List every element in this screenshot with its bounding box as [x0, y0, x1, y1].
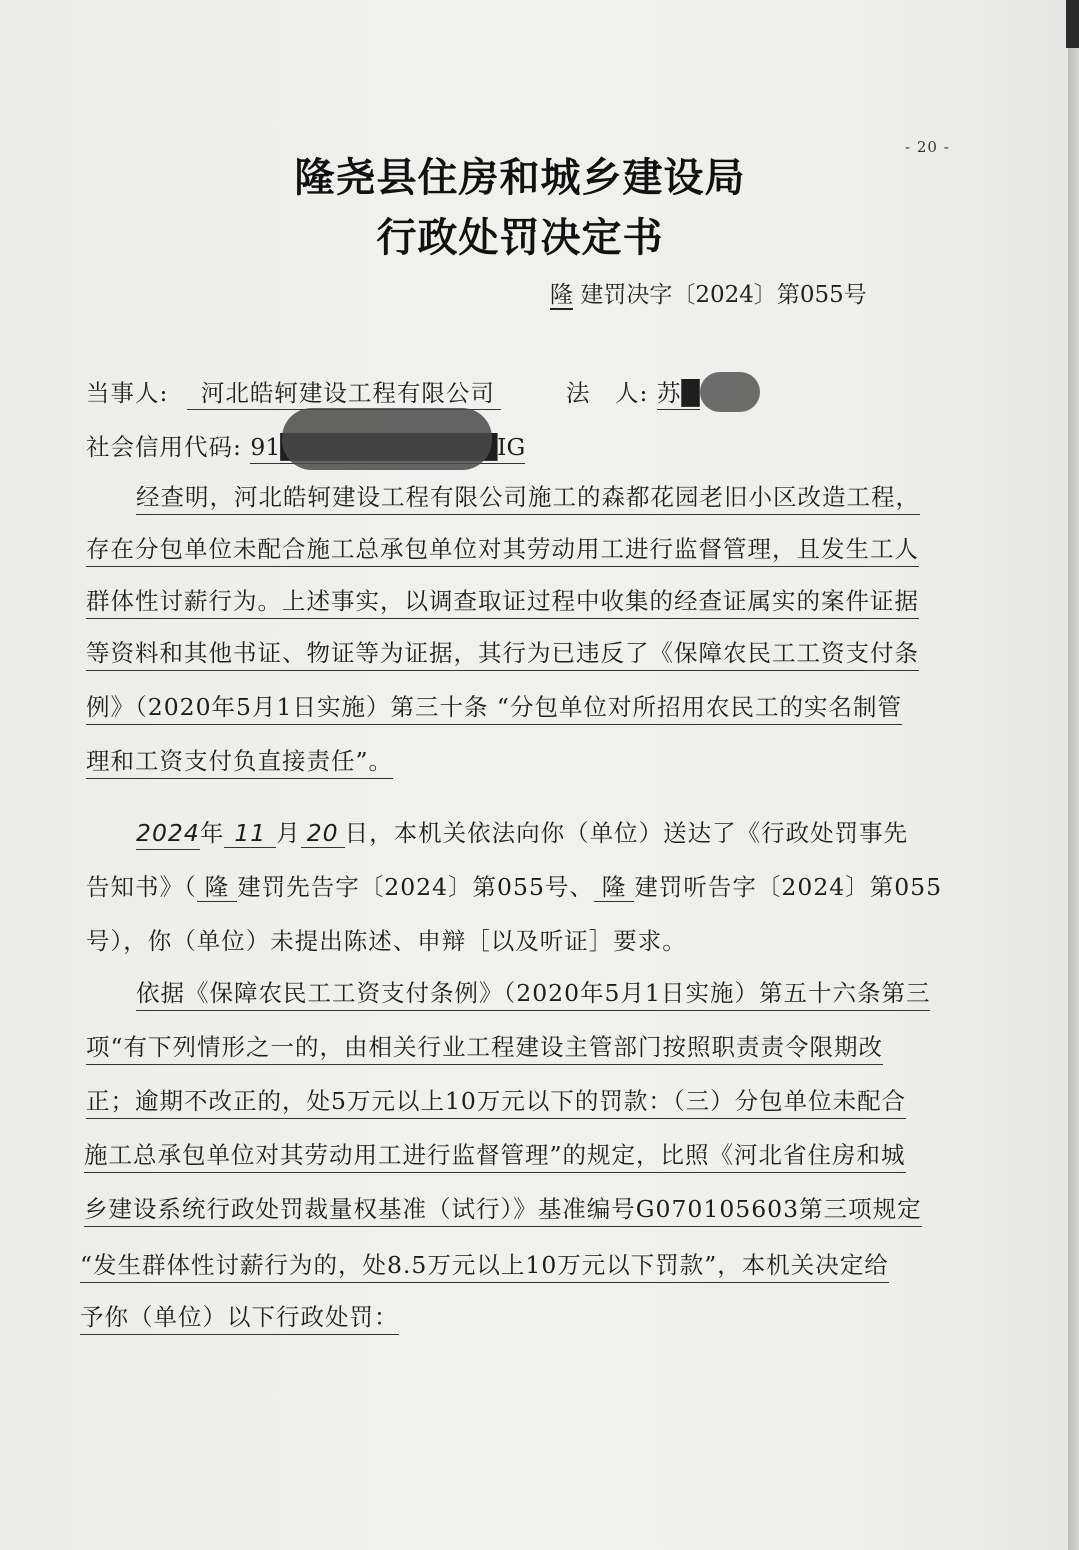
notice-text: 建罚先告字〔2024〕第055号、 [237, 873, 594, 901]
credit-code-label: 社会信用代码: [86, 433, 242, 461]
document-title-type: 行政处罚决定书 [0, 206, 1040, 263]
facts-line-5: 例》（2020年5月1日实施）第三十条 “分包单位对所招用农民工的实名制管 [86, 688, 902, 725]
basis-line-6: “发生群体性讨薪行为的，处8.5万元以上10万元以下罚款”，本机关决定给 [80, 1246, 889, 1283]
legal-rep-row: 法 人: 苏█ [566, 374, 700, 408]
doc-number-prefix: 隆 [550, 282, 573, 308]
party-row: 当事人: 河北皓轲建设工程有限公司 [86, 374, 501, 408]
notice-text: 告知书》（ [86, 873, 197, 901]
notice-line-1: 2024年11月20日，本机关依法向你（单位）送达了《行政处罚事先 [136, 814, 908, 848]
facts-line-3: 群体性讨薪行为。上述事实，以调查取证过程中收集的经查证属实的案件证据 [86, 582, 919, 619]
facts-line-2: 存在分包单位未配合施工总承包单位对其劳动用工进行监督管理，且发生工人 [86, 530, 919, 567]
basis-line-7: 予你（单位）以下行政处罚： [80, 1298, 399, 1335]
facts-line-1: 经查明，河北皓轲建设工程有限公司施工的森都花园老旧小区改造工程， [136, 478, 920, 515]
party-name: 河北皓轲建设工程有限公司 [187, 379, 501, 410]
notice-line-3: 号），你（单位）未提出陈述、申辩［以及听证］要求。 [86, 922, 687, 956]
notice-prefix-2: 隆 [594, 873, 635, 902]
document-title-agency: 隆尧县住房和城乡建设局 [0, 146, 1040, 203]
party-label: 当事人: [86, 379, 168, 407]
basis-line-2: 项“有下列情形之一的，由相关行业工程建设主管部门按照职责责令限期改 [86, 1028, 883, 1065]
notice-text: 建罚听告字〔2024〕第055 [634, 873, 942, 901]
notice-line1-rest: 日，本机关依法向你（单位）送达了《行政处罚事先 [345, 819, 909, 847]
notice-prefix-1: 隆 [197, 873, 238, 902]
notice-day: 20 [301, 819, 345, 848]
redaction-mark [700, 372, 760, 412]
page-edge [1068, 0, 1079, 1550]
basis-line-4: 施工总承包单位对其劳动用工进行监督管理”的规定，比照《河北省住房和城 [84, 1136, 906, 1173]
notice-line-2: 告知书》（隆建罚先告字〔2024〕第055号、隆建罚听告字〔2024〕第055 [86, 868, 942, 902]
basis-line-5: 乡建设系统行政处罚裁量权基准（试行）》基准编号G070105603第三项规定 [84, 1190, 922, 1227]
background-corner [1066, 0, 1079, 48]
basis-line-3: 正；逾期不改正的，处5万元以上10万元以下的罚款：（三）分包单位未配合 [86, 1082, 906, 1119]
notice-year: 2024 [136, 819, 200, 850]
facts-line-6: 理和工资支付负直接责任”。 [86, 742, 393, 779]
legal-rep-label: 法 人: [566, 379, 648, 407]
facts-line-4: 等资料和其他书证、物证等为证据，其行为已违反了《保障农民工工资支付条 [86, 634, 919, 671]
doc-number-rest: 建罚决字〔2024〕第055号 [580, 282, 866, 308]
legal-rep-value: 苏█ [657, 379, 701, 410]
notice-month: 11 [224, 819, 276, 848]
basis-line-1: 依据《保障农民工工资支付条例》（2020年5月1日实施）第五十六条第三 [136, 974, 930, 1011]
document-number: 隆 建罚决字〔2024〕第055号 [550, 276, 867, 309]
redaction-mark [282, 408, 492, 470]
